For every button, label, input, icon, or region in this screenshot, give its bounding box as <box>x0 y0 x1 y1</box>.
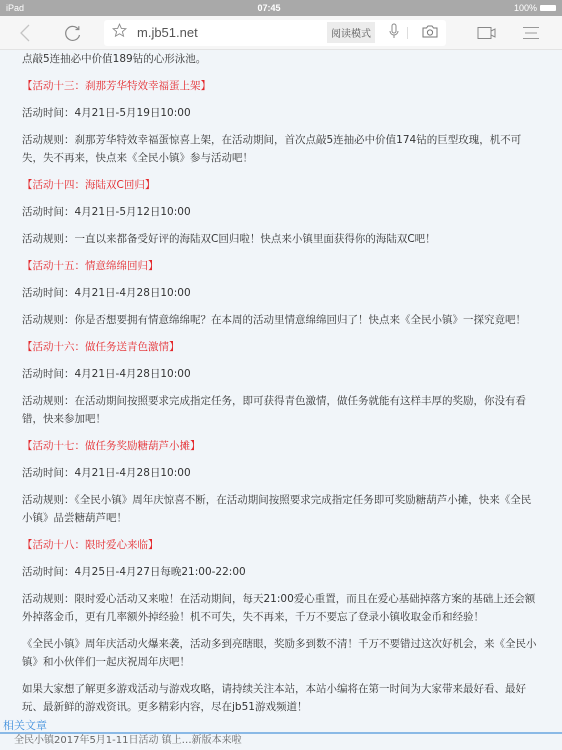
video-icon <box>477 26 497 40</box>
activity-rule: 活动规则：限时爱心活动又来啦！在活动期间，每天21:00爱心重置，而且在爱心基础… <box>22 590 540 626</box>
related-link[interactable]: 全民小镇2017年5月1-11日活动 镇上…新版本来啦 <box>0 734 562 748</box>
activity-title: 【活动十八：限时爱心来临】 <box>22 536 540 554</box>
activity-title: 【活动十六：做任务送青色激情】 <box>22 338 540 356</box>
activity-time: 活动时间：4月21日-4月28日10:00 <box>22 464 540 482</box>
divider <box>407 27 408 39</box>
url-text[interactable]: m.jb51.net <box>137 25 327 40</box>
activity-title: 【活动十五：情意绵绵回归】 <box>22 257 540 275</box>
activity-title: 【活动十三：刹那芳华特效幸福蛋上架】 <box>22 77 540 95</box>
related-heading: 相关文章 <box>0 717 562 734</box>
activity-title: 【活动十四：海陆双C回归】 <box>22 176 540 194</box>
article-body: 点敲5连抽必中价值189钻的心形泳池。 【活动十三：刹那芳华特效幸福蛋上架】 活… <box>0 50 562 716</box>
activity-rule: 活动规则：在活动期间按照要求完成指定任务，即可获得青色激情，做任务就能有这样丰厚… <box>22 392 540 428</box>
reload-button[interactable] <box>62 22 84 44</box>
bookmark-button[interactable] <box>112 23 127 42</box>
browser-toolbar: m.jb51.net 阅读模式 <box>0 16 562 50</box>
status-bar: iPad 07:45 100% <box>0 0 562 16</box>
activity-title: 【活动十七：做任务奖励糖葫芦小摊】 <box>22 437 540 455</box>
clock: 07:45 <box>257 3 280 13</box>
back-icon <box>19 24 31 42</box>
activity-rule: 活动规则：你是否想要拥有情意绵绵呢？在本周的活动里情意绵绵回归了！快点来《全民小… <box>22 311 540 329</box>
activity-rule: 活动规则：一直以来都备受好评的海陆双C回归啦！快点来小镇里面获得你的海陆双C吧！ <box>22 230 540 248</box>
intro-tail: 点敲5连抽必中价值189钻的心形泳池。 <box>22 50 540 68</box>
battery-percent: 100% <box>514 3 537 13</box>
camera-button[interactable] <box>422 23 438 42</box>
related-articles: 相关文章 全民小镇2017年5月1-11日活动 镇上…新版本来啦 <box>0 717 562 748</box>
activity-time: 活动时间：4月21日-5月12日10:00 <box>22 203 540 221</box>
device-label: iPad <box>6 3 24 13</box>
activity-time: 活动时间：4月21日-5月19日10:00 <box>22 104 540 122</box>
menu-icon <box>522 26 540 40</box>
closing-paragraph: 《全民小镇》周年庆活动火爆来袭，活动多到亮瞎眼，奖励多到数不清！千万不要错过这次… <box>22 635 540 671</box>
camera-icon <box>422 24 438 38</box>
star-icon <box>112 23 127 38</box>
voice-search-button[interactable] <box>389 23 399 43</box>
activity-time: 活动时间：4月25日-4月27日每晚21:00-22:00 <box>22 563 540 581</box>
activity-rule: 活动规则：刹那芳华特效幸福蛋惊喜上架，在活动期间，首次点敲5连抽必中价值174钻… <box>22 131 540 167</box>
mic-icon <box>389 23 399 39</box>
battery-indicator: 100% <box>514 3 556 13</box>
activity-time: 活动时间：4月21日-4月28日10:00 <box>22 365 540 383</box>
back-button[interactable] <box>14 22 36 44</box>
address-bar[interactable]: m.jb51.net 阅读模式 <box>104 20 446 46</box>
video-button[interactable] <box>476 22 498 44</box>
battery-icon <box>540 5 556 11</box>
footer-note: 如果大家想了解更多游戏活动与游戏攻略，请持续关注本站，本站小编将在第一时间为大家… <box>22 680 540 716</box>
menu-button[interactable] <box>520 22 542 44</box>
reader-mode-button[interactable]: 阅读模式 <box>327 22 375 43</box>
reload-icon <box>64 24 82 42</box>
activity-time: 活动时间：4月21日-4月28日10:00 <box>22 284 540 302</box>
activity-rule: 活动规则：《全民小镇》周年庆惊喜不断，在活动期间按照要求完成指定任务即可奖励糖葫… <box>22 491 540 527</box>
